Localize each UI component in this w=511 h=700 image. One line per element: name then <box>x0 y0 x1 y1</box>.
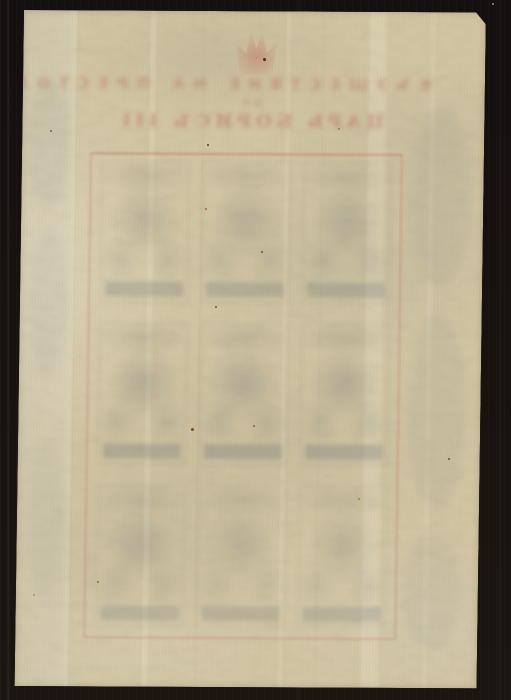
paper-speck <box>448 458 450 460</box>
paper-speck <box>358 498 360 500</box>
paper-edge-shading <box>15 10 486 688</box>
paper-speck <box>191 428 194 431</box>
paper-speck <box>261 251 263 253</box>
paper-speck <box>263 58 266 61</box>
paper-speck <box>338 128 340 130</box>
paper-speck <box>492 3 494 5</box>
paper-speck <box>50 130 52 132</box>
stamp-sheet-back: ВЪЗШЕСТВИЕ НА ПРЕСТОЛА НА ЦАРЬ БОРИСЪ II… <box>15 10 486 688</box>
paper-speck <box>253 425 255 427</box>
paper-speck <box>205 208 207 210</box>
paper-speck <box>207 144 209 146</box>
paper-speck <box>97 581 99 583</box>
scan-background: ВЪЗШЕСТВИЕ НА ПРЕСТОЛА НА ЦАРЬ БОРИСЪ II… <box>0 0 511 700</box>
paper-speck <box>33 594 35 596</box>
paper-speck <box>215 306 217 308</box>
